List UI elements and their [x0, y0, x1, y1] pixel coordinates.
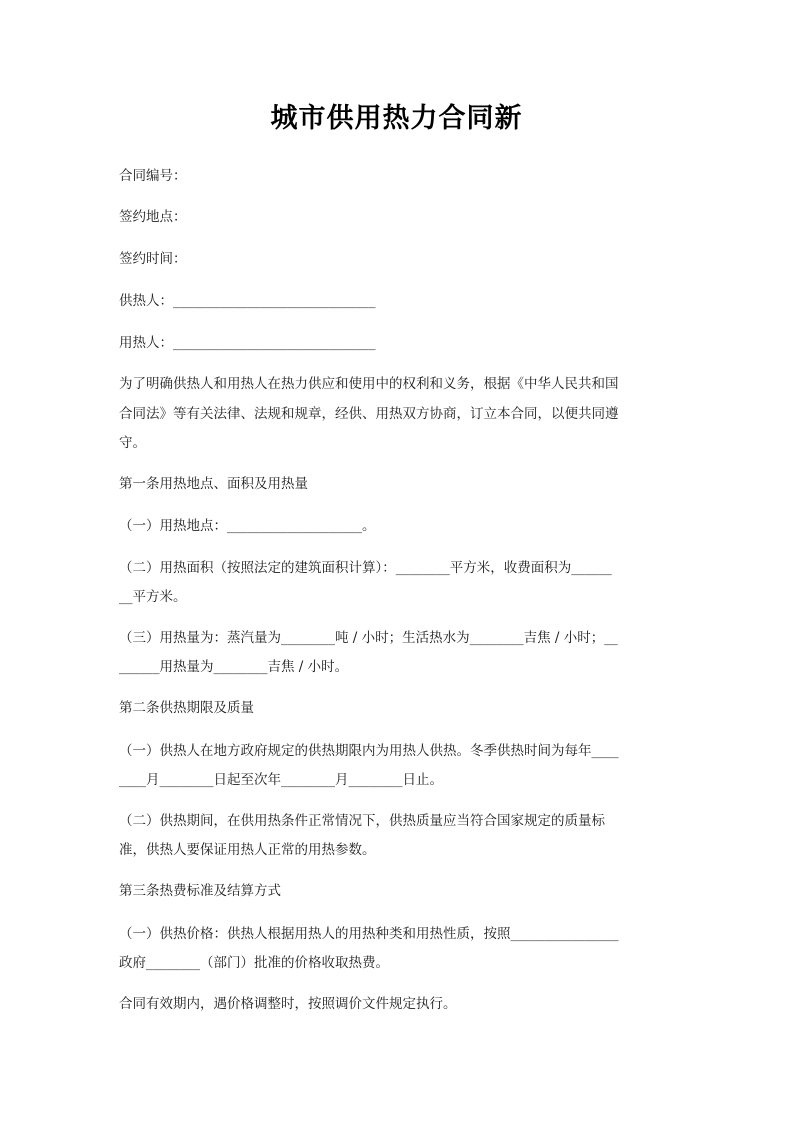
article2-item1-line: （一）供热人在地方政府规定的供热期限内为用热人供热。冬季供热时间为每年____	[119, 741, 679, 761]
preamble-line: 合同法》等有关法律、法规和规章，经供、用热双方协商，订立本合同，以便共同遵	[119, 404, 679, 424]
sign-place-field: 签约地点：	[119, 207, 679, 227]
supplier-field: 供热人：______________________________	[119, 291, 679, 311]
article3-item1-line: （一）供热价格：供热人根据用热人的用热种类和用热性质，按照___________…	[119, 924, 679, 944]
article1-heading: 第一条用热地点、面积及用热量	[119, 474, 679, 494]
preamble-line: 守。	[119, 433, 679, 453]
article3-heading: 第三条热费标准及结算方式	[119, 881, 679, 901]
article1-item1: （一）用热地点：____________________。	[119, 516, 679, 536]
article1-item2-line: __平方米。	[119, 587, 679, 607]
article2-item1-line: ____月________日起至次年________月________日止。	[119, 770, 679, 790]
article3-note: 合同有效期内，遇价格调整时，按照调价文件规定执行。	[119, 994, 679, 1014]
article1-item3-line: （三）用热量为：蒸汽量为________吨 / 小时；生活热水为________…	[119, 628, 679, 648]
preamble-line: 为了明确供热人和用热人在热力供应和使用中的权利和义务，根据《中华人民共和国	[119, 374, 679, 394]
document-title: 城市供用热力合同新	[0, 96, 793, 135]
article2-item2-line: 准，供热人要保证用热人正常的用热参数。	[119, 840, 679, 860]
article2-item2-line: （二）供热期间，在供用热条件正常情况下，供热质量应当符合国家规定的质量标	[119, 811, 679, 831]
article1-item2-line: （二）用热面积（按照法定的建筑面积计算）：________平方米，收费面积为__…	[119, 558, 679, 578]
article1-item3-line: ______用热量为________吉焦 / 小时。	[119, 657, 679, 677]
user-field: 用热人：______________________________	[119, 333, 679, 353]
article3-item1-line: 政府________（部门）批准的价格收取热费。	[119, 953, 679, 973]
article2-heading: 第二条供热期限及质量	[119, 698, 679, 718]
sign-time-field: 签约时间：	[119, 249, 679, 269]
contract-number-field: 合同编号：	[119, 166, 679, 186]
